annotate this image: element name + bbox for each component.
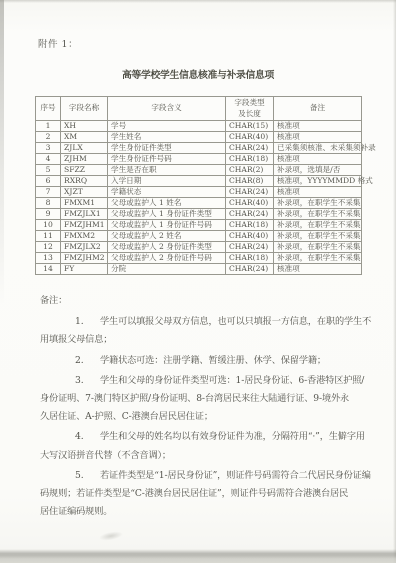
cell-remark: 补录项，在职学生不采集: [274, 242, 362, 253]
cell-field-meaning: 学生是否在职: [108, 165, 226, 176]
page-edge-top: [0, 0, 396, 3]
cell-field-name: FY: [61, 264, 108, 275]
table-header-row: 序号 字段名称 字段含义 字段类型 及长度 备注: [36, 97, 362, 121]
cell-field-name: FMZJHM1: [61, 220, 108, 231]
cell-field-name: FMXM2: [61, 231, 108, 242]
column-header-remark: 备注: [274, 97, 362, 121]
cell-field-name: XM: [61, 132, 108, 143]
scan-smudge: [98, 530, 123, 542]
cell-field-name: FMZJLX2: [61, 242, 108, 253]
cell-field-type: CHAR(40): [226, 198, 274, 209]
cell-row-number: 6: [36, 176, 61, 187]
note-line: 身份证明、7-澳门特区护照/身份证明、8-台湾居民来往大陆通行证、9-境外永: [40, 390, 373, 408]
cell-field-meaning: 分院: [108, 264, 226, 275]
table-row: 9 FMZJLX1 父母或监护人 1 身份证件类型 CHAR(24) 补录项，在…: [36, 209, 362, 220]
table-row: 5 SFZZ 学生是否在职 CHAR(2) 补录项，选填是/否: [36, 165, 362, 176]
note-line: 3.学生和父母的身份证件类型可选：1-居民身份证、6-香港特区护照/: [40, 372, 373, 390]
table-row: 11 FMXM2 父母或监护人 2 姓名 CHAR(40) 补录项，在职学生不采…: [36, 231, 362, 242]
cell-row-number: 11: [36, 231, 61, 242]
note-number: 3.: [75, 372, 87, 390]
cell-field-type: CHAR(18): [226, 253, 274, 264]
cell-field-type: CHAR(24): [226, 143, 274, 154]
scanned-page: 附件 1： 高等学校学生信息核准与补录信息项 序号 字段名称 字段含义 字段类型…: [0, 0, 396, 563]
note-line: 码规则；若证件类型是“C-港澳台居民居住证”，则证件号码需符合港澳台居民: [40, 485, 373, 503]
cell-row-number: 4: [36, 154, 61, 165]
cell-field-meaning: 学籍状态: [108, 187, 226, 198]
column-header-meaning: 字段含义: [108, 97, 226, 121]
cell-remark: 补录项，在职学生不采集: [274, 220, 362, 231]
attachment-label: 附件 1：: [38, 36, 78, 50]
cell-remark: 核准项，YYYYMMDD 格式: [274, 176, 362, 187]
cell-field-name: FMXM1: [61, 198, 108, 209]
cell-field-meaning: 父母或监护人 2 身份证件号码: [108, 253, 226, 264]
notes-list: 1.学生可以填报父母双方信息，也可以只填报一方信息，在职的学生不用填报父母信息；…: [40, 313, 373, 521]
column-header-no: 序号: [36, 97, 61, 121]
table-row: 3 ZJLX 学生身份证件类型 CHAR(24) 已采集须核准、未采集须补录: [36, 143, 362, 154]
cell-row-number: 1: [36, 121, 61, 132]
cell-remark: 补录项，在职学生不采集: [274, 253, 362, 264]
document-title: 高等学校学生信息核准与补录信息项: [0, 67, 396, 81]
table-row: 4 ZJHM 学生身份证件号码 CHAR(18) 核准项: [36, 154, 362, 165]
table-row: 2 XM 学生姓名 CHAR(40) 核准项: [36, 132, 362, 143]
cell-row-number: 5: [36, 165, 61, 176]
cell-field-type: CHAR(18): [226, 220, 274, 231]
cell-field-name: XH: [61, 121, 108, 132]
info-table: 序号 字段名称 字段含义 字段类型 及长度 备注 1 XH 学号 CHAR(15…: [35, 96, 362, 275]
cell-field-type: CHAR(24): [226, 242, 274, 253]
note-line: 1.学生可以填报父母双方信息，也可以只填报一方信息，在职的学生不: [40, 313, 373, 331]
cell-field-type: CHAR(18): [226, 154, 274, 165]
cell-field-type: CHAR(2): [226, 165, 274, 176]
cell-remark: 核准项: [274, 132, 362, 143]
cell-row-number: 12: [36, 242, 61, 253]
table-row: 7 XJZT 学籍状态 CHAR(24) 核准项: [36, 187, 362, 198]
cell-row-number: 13: [36, 253, 61, 264]
note-number: 2.: [75, 352, 87, 370]
table-row: 14 FY 分院 CHAR(24) 核准项: [36, 264, 362, 275]
page-edge-bottom-shadow: [0, 549, 396, 563]
page-edge-left: [0, 0, 4, 320]
cell-field-name: ZJLX: [61, 143, 108, 154]
cell-field-meaning: 父母或监护人 2 姓名: [108, 231, 226, 242]
cell-field-type: CHAR(8): [226, 176, 274, 187]
note-number: 4.: [75, 428, 87, 446]
cell-remark: 已采集须核准、未采集须补录: [274, 143, 362, 154]
cell-field-meaning: 学号: [108, 121, 226, 132]
cell-field-type: CHAR(24): [226, 209, 274, 220]
cell-row-number: 14: [36, 264, 61, 275]
cell-field-name: FMZJLX1: [61, 209, 108, 220]
note-line: 2.学籍状态可选：注册学籍、暂缓注册、休学、保留学籍；: [40, 352, 373, 370]
cell-remark: 补录项，在职学生不采集: [274, 198, 362, 209]
cell-field-meaning: 学生身份证件类型: [108, 143, 226, 154]
cell-field-name: RXRQ: [61, 176, 108, 187]
table-row: 13 FMZJHM2 父母或监护人 2 身份证件号码 CHAR(18) 补录项，…: [36, 253, 362, 264]
cell-row-number: 2: [36, 132, 61, 143]
table-row: 1 XH 学号 CHAR(15) 核准项: [36, 121, 362, 132]
notes-section: 备注： 1.学生可以填报父母双方信息，也可以只填报一方信息，在职的学生不用填报父…: [40, 292, 373, 523]
cell-remark: 补录项，在职学生不采集: [274, 209, 362, 220]
table-body: 1 XH 学号 CHAR(15) 核准项 2 XM 学生姓名 CHAR(40) …: [36, 121, 362, 275]
note-item: 1.学生可以填报父母双方信息，也可以只填报一方信息，在职的学生不用填报父母信息；: [40, 313, 373, 349]
note-line: 4.学生和父母的姓名均以有效身份证件为准，分隔符用“·”，生僻字用: [40, 428, 373, 446]
note-line: 用填报父母信息；: [40, 331, 373, 349]
column-header-name: 字段名称: [61, 97, 108, 121]
cell-remark: 核准项: [274, 264, 362, 275]
note-line: 5.若证件类型是“1-居民身份证”，则证件号码需符合二代居民身份证编: [40, 467, 373, 485]
cell-field-name: XJZT: [61, 187, 108, 198]
cell-field-meaning: 父母或监护人 1 身份证件号码: [108, 220, 226, 231]
cell-row-number: 10: [36, 220, 61, 231]
note-number: 1.: [75, 313, 87, 331]
table-row: 12 FMZJLX2 父母或监护人 2 身份证件类型 CHAR(24) 补录项，…: [36, 242, 362, 253]
note-line: 久居住证、A-护照、C-港澳台居民居住证；: [40, 408, 373, 426]
cell-field-meaning: 父母或监护人 2 身份证件类型: [108, 242, 226, 253]
cell-field-meaning: 学生姓名: [108, 132, 226, 143]
cell-field-name: ZJHM: [61, 154, 108, 165]
note-item: 3.学生和父母的身份证件类型可选：1-居民身份证、6-香港特区护照/身份证明、7…: [40, 372, 373, 427]
cell-field-name: SFZZ: [61, 165, 108, 176]
note-item: 2.学籍状态可选：注册学籍、暂缓注册、休学、保留学籍；: [40, 352, 373, 370]
cell-row-number: 7: [36, 187, 61, 198]
table-row: 6 RXRQ 入学日期 CHAR(8) 核准项，YYYYMMDD 格式: [36, 176, 362, 187]
cell-row-number: 9: [36, 209, 61, 220]
cell-field-type: CHAR(40): [226, 132, 274, 143]
note-item: 4.学生和父母的姓名均以有效身份证件为准，分隔符用“·”，生僻字用大写汉语拼音代…: [40, 428, 373, 464]
cell-remark: 核准项: [274, 121, 362, 132]
cell-remark: 核准项: [274, 154, 362, 165]
cell-field-meaning: 父母或监护人 1 身份证件类型: [108, 209, 226, 220]
cell-remark: 补录项，在职学生不采集: [274, 231, 362, 242]
cell-row-number: 3: [36, 143, 61, 154]
cell-row-number: 8: [36, 198, 61, 209]
cell-field-type: CHAR(15): [226, 121, 274, 132]
cell-field-meaning: 学生身份证件号码: [108, 154, 226, 165]
cell-field-type: CHAR(24): [226, 264, 274, 275]
table-row: 10 FMZJHM1 父母或监护人 1 身份证件号码 CHAR(18) 补录项，…: [36, 220, 362, 231]
notes-label: 备注：: [40, 292, 373, 310]
cell-remark: 核准项: [274, 187, 362, 198]
table-row: 8 FMXM1 父母或监护人 1 姓名 CHAR(40) 补录项，在职学生不采集: [36, 198, 362, 209]
cell-field-name: FMZJHM2: [61, 253, 108, 264]
cell-field-type: CHAR(24): [226, 187, 274, 198]
note-number: 5.: [75, 467, 87, 485]
column-header-type: 字段类型 及长度: [226, 97, 274, 121]
cell-field-meaning: 父母或监护人 1 姓名: [108, 198, 226, 209]
note-line: 居住证编码规则。: [40, 503, 373, 521]
cell-remark: 补录项，选填是/否: [274, 165, 362, 176]
cell-field-meaning: 入学日期: [108, 176, 226, 187]
note-line: 大写汉语拼音代替（不含音调）；: [40, 447, 373, 465]
note-item: 5.若证件类型是“1-居民身份证”，则证件号码需符合二代居民身份证编码规则；若证…: [40, 467, 373, 522]
cell-field-type: CHAR(40): [226, 231, 274, 242]
